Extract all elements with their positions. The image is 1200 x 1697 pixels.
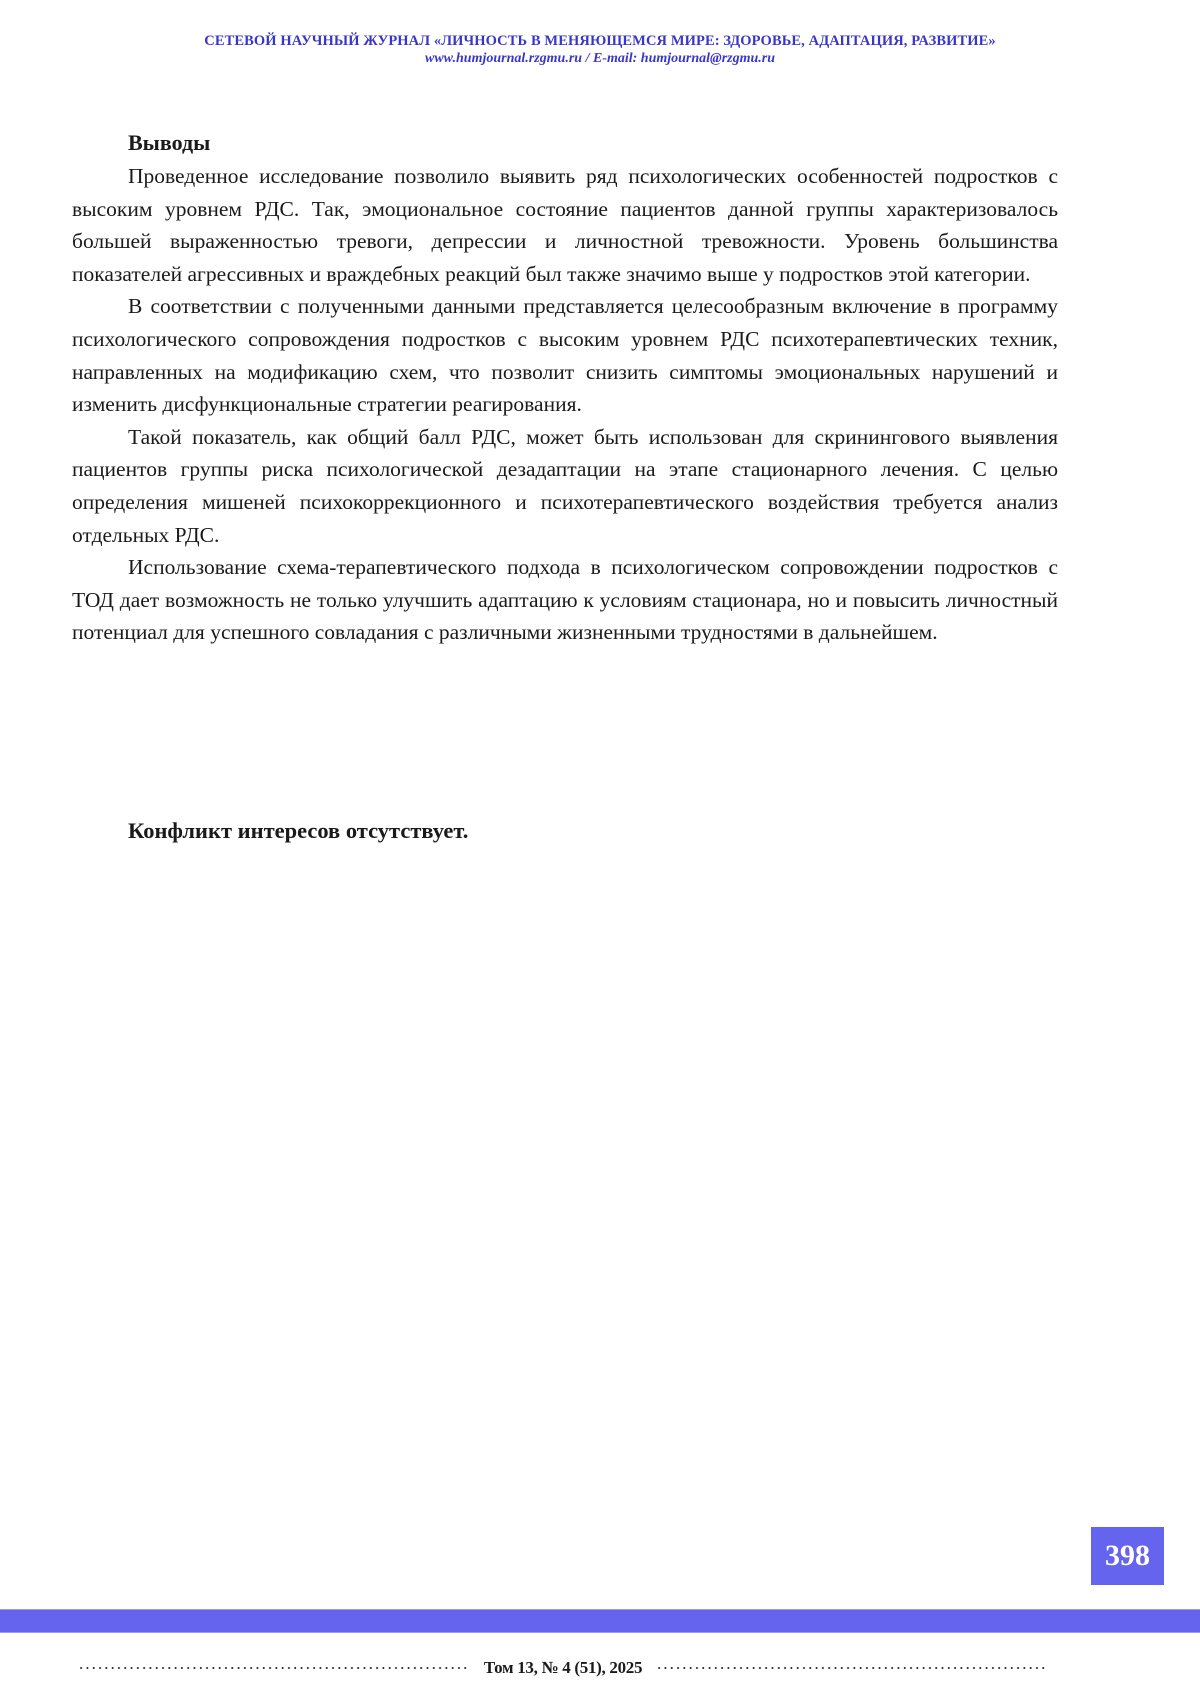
issue-info: Том 13, № 4 (51), 2025: [470, 1658, 656, 1678]
paragraph: Такой показатель, как общий балл РДС, мо…: [72, 421, 1058, 551]
paragraph: В соответствии с полученными данными пре…: [72, 290, 1058, 420]
paragraph: Проведенное исследование позволило выяви…: [72, 160, 1058, 290]
page-number-badge: 398: [1091, 1527, 1164, 1585]
article-body: Выводы Проведенное исследование позволил…: [72, 126, 1058, 649]
dotted-leader-left: [78, 1667, 470, 1669]
section-heading-conclusions: Выводы: [128, 126, 1058, 160]
paragraph: Использование схема-терапевтического под…: [72, 551, 1058, 649]
journal-contacts: www.humjournal.rzgmu.ru / E-mail: humjou…: [0, 50, 1200, 68]
dotted-leader-right: [656, 1667, 1048, 1669]
footer-accent-bar: [0, 1609, 1200, 1633]
conflict-of-interest-statement: Конфликт интересов отсутствует.: [128, 818, 468, 844]
journal-header: СЕТЕВОЙ НАУЧНЫЙ ЖУРНАЛ «ЛИЧНОСТЬ В МЕНЯЮ…: [0, 32, 1200, 68]
footer-issue-line: Том 13, № 4 (51), 2025: [78, 1658, 1048, 1678]
journal-title: СЕТЕВОЙ НАУЧНЫЙ ЖУРНАЛ «ЛИЧНОСТЬ В МЕНЯЮ…: [0, 32, 1200, 50]
